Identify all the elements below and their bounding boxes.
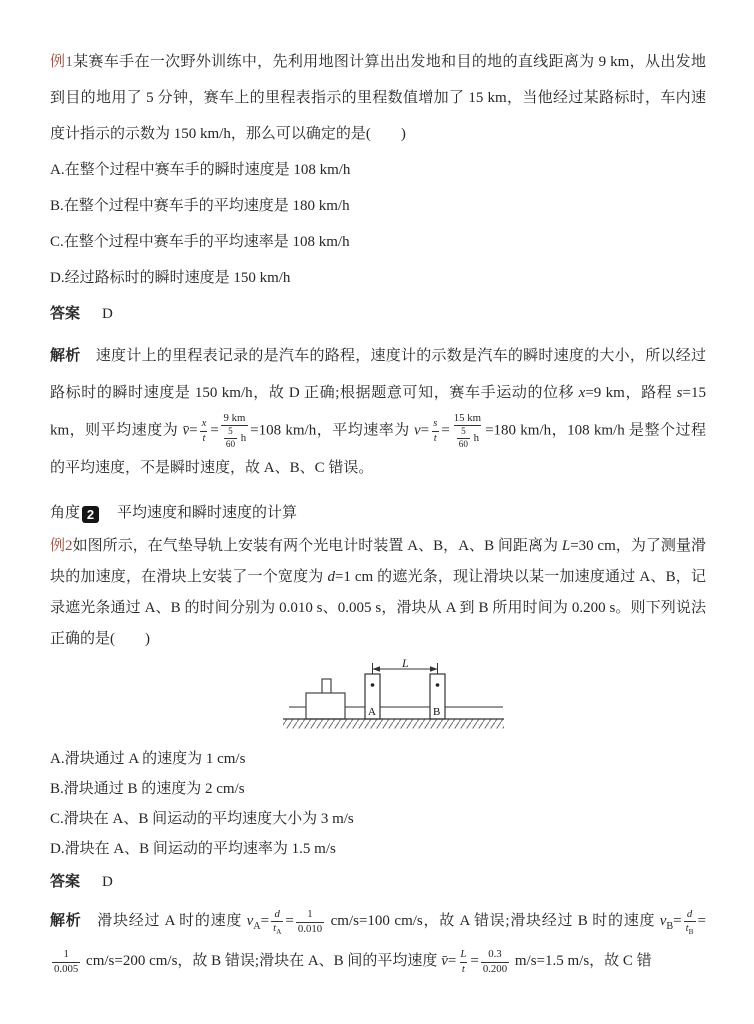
answer-value: D bbox=[102, 306, 113, 322]
example1-option-a: A.在整个过程中赛车手的瞬时速度是 108 km/h bbox=[50, 152, 706, 188]
example2-problem-text: 例2如图所示，在气垫导轨上安装有两个光电计时装置 A、B，A、B 间距离为 L=… bbox=[50, 531, 706, 655]
example1-answer-row: 答案D bbox=[50, 296, 706, 332]
document-page: 例1某赛车手在一次野外训练中，先利用地图计算出出发地和目的地的直线距离为 9 k… bbox=[0, 0, 754, 1024]
example1-options: A.在整个过程中赛车手的瞬时速度是 108 km/h B.在整个过程中赛车手的平… bbox=[50, 152, 706, 296]
example2-option-c: C.滑块在 A、B 间运动的平均速度大小为 3 m/s bbox=[50, 804, 706, 834]
angle-label: 角度 bbox=[50, 505, 80, 521]
example1-analysis: 解析 速度计上的里程表记录的是汽车的路程，速度计的示数是汽车的瞬时速度的大小，所… bbox=[50, 338, 706, 487]
dimension-arrow: L bbox=[372, 659, 437, 675]
answer-label: 答案 bbox=[50, 306, 80, 322]
example2-answer-row: 答案D bbox=[50, 864, 706, 900]
example2-option-a: A.滑块通过 A 的速度为 1 cm/s bbox=[50, 744, 706, 774]
example1-option-b: B.在整个过程中赛车手的平均速度是 180 km/h bbox=[50, 188, 706, 224]
example2-option-d: D.滑块在 A、B 间运动的平均速率为 1.5 m/s bbox=[50, 834, 706, 864]
example1-option-d: D.经过路标时的瞬时速度是 150 km/h bbox=[50, 260, 706, 296]
air-track-diagram: L A B bbox=[273, 659, 508, 737]
answer-value: D bbox=[102, 874, 113, 890]
shutter-vane bbox=[322, 679, 331, 694]
section-heading: 角度2平均速度和瞬时速度的计算 bbox=[50, 495, 706, 531]
answer-label: 答案 bbox=[50, 874, 80, 890]
example2-options: A.滑块通过 A 的速度为 1 cm/s B.滑块通过 B 的速度为 2 cm/… bbox=[50, 744, 706, 864]
slider-block bbox=[306, 693, 345, 719]
example1-option-c: C.在整个过程中赛车手的平均速率是 108 km/h bbox=[50, 224, 706, 260]
example2-analysis: 解析 滑块经过 A 时的速度 vA=dtA=10.010 cm/s=100 cm… bbox=[50, 904, 706, 978]
angle-number-badge: 2 bbox=[82, 506, 99, 523]
experiment-figure: L A B bbox=[74, 659, 706, 742]
section-title: 平均速度和瞬时速度的计算 bbox=[117, 505, 297, 521]
example1-problem-text: 例1某赛车手在一次野外训练中，先利用地图计算出出发地和目的地的直线距离为 9 k… bbox=[50, 44, 706, 152]
photogate-a: A bbox=[365, 674, 380, 719]
gate-label-B: B bbox=[433, 706, 440, 718]
photogate-b: B bbox=[430, 674, 445, 719]
ground-hatch bbox=[283, 719, 504, 729]
dimension-label-L: L bbox=[401, 659, 409, 670]
example2-option-b: B.滑块通过 B 的速度为 2 cm/s bbox=[50, 774, 706, 804]
gate-label-A: A bbox=[368, 706, 376, 718]
